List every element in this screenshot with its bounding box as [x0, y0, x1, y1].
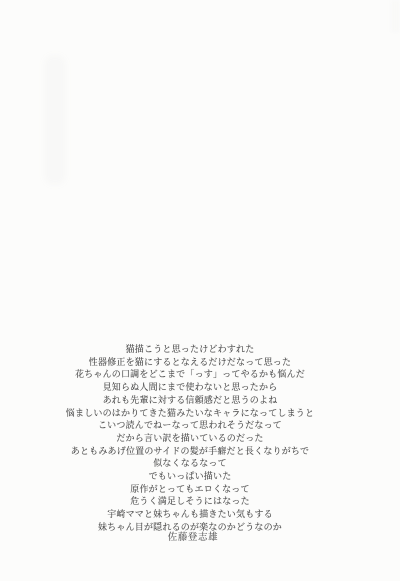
afterword-line: 宇崎ママと妹ちゃんも描きたい気もする [0, 509, 380, 522]
afterword-line: 原作がとってもエロくなって [0, 484, 380, 497]
afterword-line: あれも先輩に対する信頼感だと思うのよね [0, 395, 380, 408]
afterword-line: 花ちゃんの口調をどこまで「っす」ってやるかも悩んだ [0, 369, 380, 382]
afterword-line: 猫描こうと思ったけどわすれた [0, 344, 380, 357]
afterword-line: 悩ましいのはかりてきた猫みたいなキャラになってしまうと [0, 408, 380, 421]
afterword-line: 似なくなるなって [0, 458, 380, 471]
scanned-afterword-page: 猫描こうと思ったけどわすれた 性器修正を猫にするとなえるだけだなって思った 花ち… [0, 0, 400, 581]
afterword-line: 性器修正を猫にするとなえるだけだなって思った [0, 357, 380, 370]
scan-artifact [44, 55, 66, 185]
afterword-text-block: 猫描こうと思ったけどわすれた 性器修正を猫にするとなえるだけだなって思った 花ち… [0, 344, 380, 535]
scan-artifact [391, 0, 400, 32]
afterword-line: こいつ読んでねーなって思われそうだなって [0, 420, 380, 433]
afterword-line: あともみあげ位置のサイドの髪が手癖だと長くなりがちで [0, 446, 380, 459]
afterword-line: 見知らぬ人間にまで使わないと思ったから [0, 382, 380, 395]
afterword-line: だから言い訳を描いているのだった [0, 433, 380, 446]
afterword-line: 危うく満足しそうにはなった [0, 496, 380, 509]
author-name: 佐藤登志雄 [0, 529, 386, 543]
afterword-line: でもいっぱい描いた [0, 471, 380, 484]
